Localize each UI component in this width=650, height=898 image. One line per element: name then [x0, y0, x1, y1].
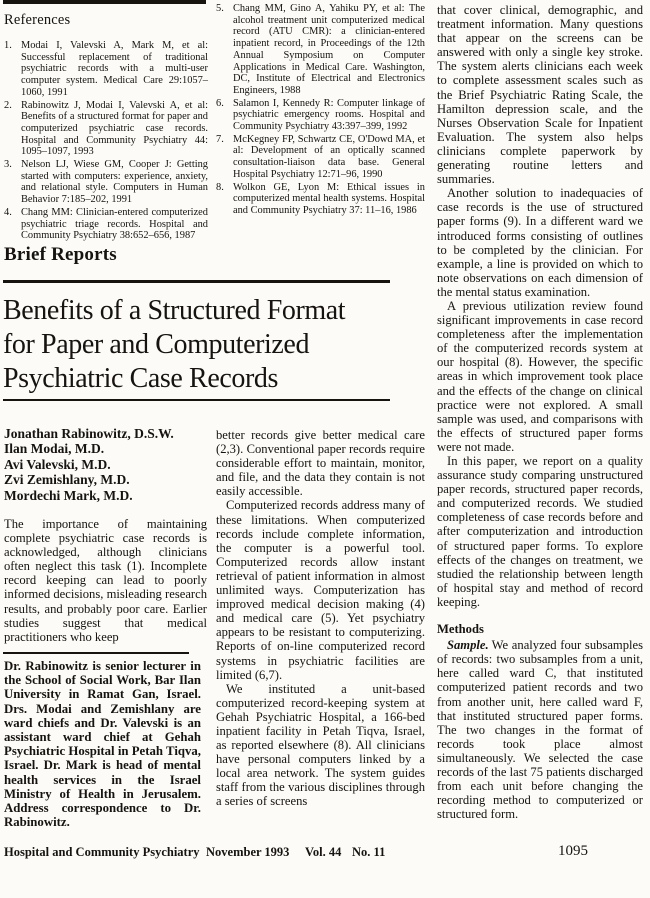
footer-issue-number: No. 11 — [352, 845, 385, 860]
title-rule — [3, 399, 390, 401]
paragraph: better records give better medical care … — [216, 428, 425, 498]
body-column-2: better records give better medical care … — [216, 428, 425, 809]
author-name: Ilan Modai, M.D. — [4, 441, 208, 456]
reference-item: 8. Wolkon GE, Lyon M: Ethical issues in … — [216, 182, 425, 217]
footer-date: November 1993 — [206, 845, 289, 860]
affiliation-note: Dr. Rabinowitz is senior lecturer in the… — [4, 659, 201, 829]
footer-journal-name: Hospital and Community Psychiatry — [4, 845, 200, 860]
paragraph: The importance of maintaining complete p… — [4, 517, 207, 644]
reference-item: 1. Modai I, Valevski A, Mark M, et al: S… — [4, 40, 208, 99]
author-name: Avi Valevski, M.D. — [4, 457, 208, 472]
reference-number: 1. — [4, 40, 12, 52]
affiliation-rule — [3, 652, 189, 654]
paragraph: We instituted a unit-based computerized … — [216, 682, 425, 809]
reference-item: 2. Rabinowitz J, Modai I, Valevski A, et… — [4, 100, 208, 159]
reference-number: 4. — [4, 207, 12, 219]
sample-text: We analyzed four subsamples of records: … — [437, 638, 643, 821]
article-title-line: Psychiatric Case Records — [3, 362, 423, 396]
references-list-middle: 5. Chang MM, Gino A, Yahiku PY, et al: T… — [216, 3, 425, 218]
reference-text: Chang MM, Gino A, Yahiku PY, et al: The … — [233, 3, 425, 96]
page-number: 1095 — [558, 843, 588, 860]
footer-volume: Vol. 44 — [305, 845, 341, 860]
paragraph: that cover clinical, demographic, and tr… — [437, 3, 643, 186]
reference-text: Modai I, Valevski A, Mark M, et al: Succ… — [21, 40, 208, 98]
reference-number: 8. — [216, 182, 224, 194]
reference-item: 7. McKegney FP, Schwartz CE, O'Dowd MA, … — [216, 134, 425, 181]
top-rule — [3, 0, 206, 4]
reference-text: McKegney FP, Schwartz CE, O'Dowd MA, et … — [233, 134, 425, 180]
paragraph: Another solution to inadequacies of case… — [437, 186, 643, 299]
reference-item: 5. Chang MM, Gino A, Yahiku PY, et al: T… — [216, 3, 425, 97]
reference-number: 3. — [4, 159, 12, 171]
reference-number: 7. — [216, 134, 224, 146]
reference-item: 6. Salamon I, Kennedy R: Computer linkag… — [216, 98, 425, 133]
reference-number: 6. — [216, 98, 224, 110]
reference-text: Salamon I, Kennedy R: Computer linkage o… — [233, 98, 425, 132]
article-title-line: for Paper and Computerized — [3, 328, 423, 362]
section-heading: Brief Reports — [4, 244, 117, 266]
body-column-3: that cover clinical, demographic, and tr… — [437, 3, 643, 821]
reference-item: 4. Chang MM: Clinician-entered computeri… — [4, 207, 208, 242]
journal-page: References 1. Modai I, Valevski A, Mark … — [0, 0, 650, 898]
author-name: Mordechi Mark, M.D. — [4, 488, 208, 503]
methods-heading: Methods — [437, 622, 643, 636]
paragraph: In this paper, we report on a quality as… — [437, 454, 643, 609]
sample-paragraph: Sample.We analyzed four subsamples of re… — [437, 638, 643, 821]
reference-item: 3. Nelson LJ, Wiese GM, Cooper J: Gettin… — [4, 159, 208, 206]
reference-number: 2. — [4, 100, 12, 112]
reference-number: 5. — [216, 3, 224, 15]
author-name: Zvi Zemishlany, M.D. — [4, 472, 208, 487]
author-name: Jonathan Rabinowitz, D.S.W. — [4, 426, 208, 441]
references-heading: References — [4, 12, 70, 29]
sample-lead-in: Sample. — [447, 638, 489, 652]
author-list: Jonathan Rabinowitz, D.S.W. Ilan Modai, … — [4, 426, 208, 503]
paragraph: A previous utilization review found sign… — [437, 299, 643, 454]
reference-text: Rabinowitz J, Modai I, Valevski A, et al… — [21, 100, 208, 158]
reference-text: Nelson LJ, Wiese GM, Cooper J: Getting s… — [21, 159, 208, 205]
references-list-left: 1. Modai I, Valevski A, Mark M, et al: S… — [4, 40, 208, 243]
section-rule — [3, 280, 390, 283]
reference-text: Chang MM: Clinician-entered computerized… — [21, 207, 208, 241]
article-title: Benefits of a Structured Format for Pape… — [3, 294, 423, 396]
intro-paragraph: The importance of maintaining complete p… — [4, 517, 207, 644]
article-title-line: Benefits of a Structured Format — [3, 294, 423, 328]
reference-text: Wolkon GE, Lyon M: Ethical issues in com… — [233, 182, 425, 216]
paragraph: Computerized records address many of the… — [216, 498, 425, 681]
